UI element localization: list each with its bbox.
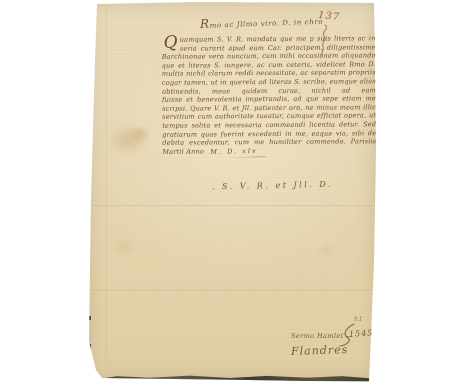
letter-line: debita excedantur, cum me humiliter comm… (162, 137, 376, 147)
archival-docket-year: 1545 (349, 328, 374, 339)
letter-date-line: Martii Anno M. D. xlv (162, 146, 376, 157)
fold-crease-horizontal (92, 290, 372, 292)
fold-crease-vertical (106, 2, 108, 380)
fold-crease-horizontal (92, 205, 372, 207)
page-bottom-edge-shadow (101, 375, 369, 381)
letter-body: Q uamquam S. V. R. mandata que me p suis… (162, 34, 377, 157)
drop-cap: Q (164, 37, 178, 50)
page-number: 137 (317, 10, 340, 23)
edge-tear-mark (91, 96, 93, 99)
date-year-underlined: M. D. xlv (206, 146, 266, 157)
scan-background: Rmo ac Jllmo viro. D. in chro 137 Q uamq… (0, 0, 468, 382)
edge-tear-mark (88, 316, 91, 320)
date-prefix: Martii Anno (162, 147, 204, 155)
edge-tear-mark (89, 344, 91, 349)
archival-docket-region: Flandres (291, 343, 349, 358)
